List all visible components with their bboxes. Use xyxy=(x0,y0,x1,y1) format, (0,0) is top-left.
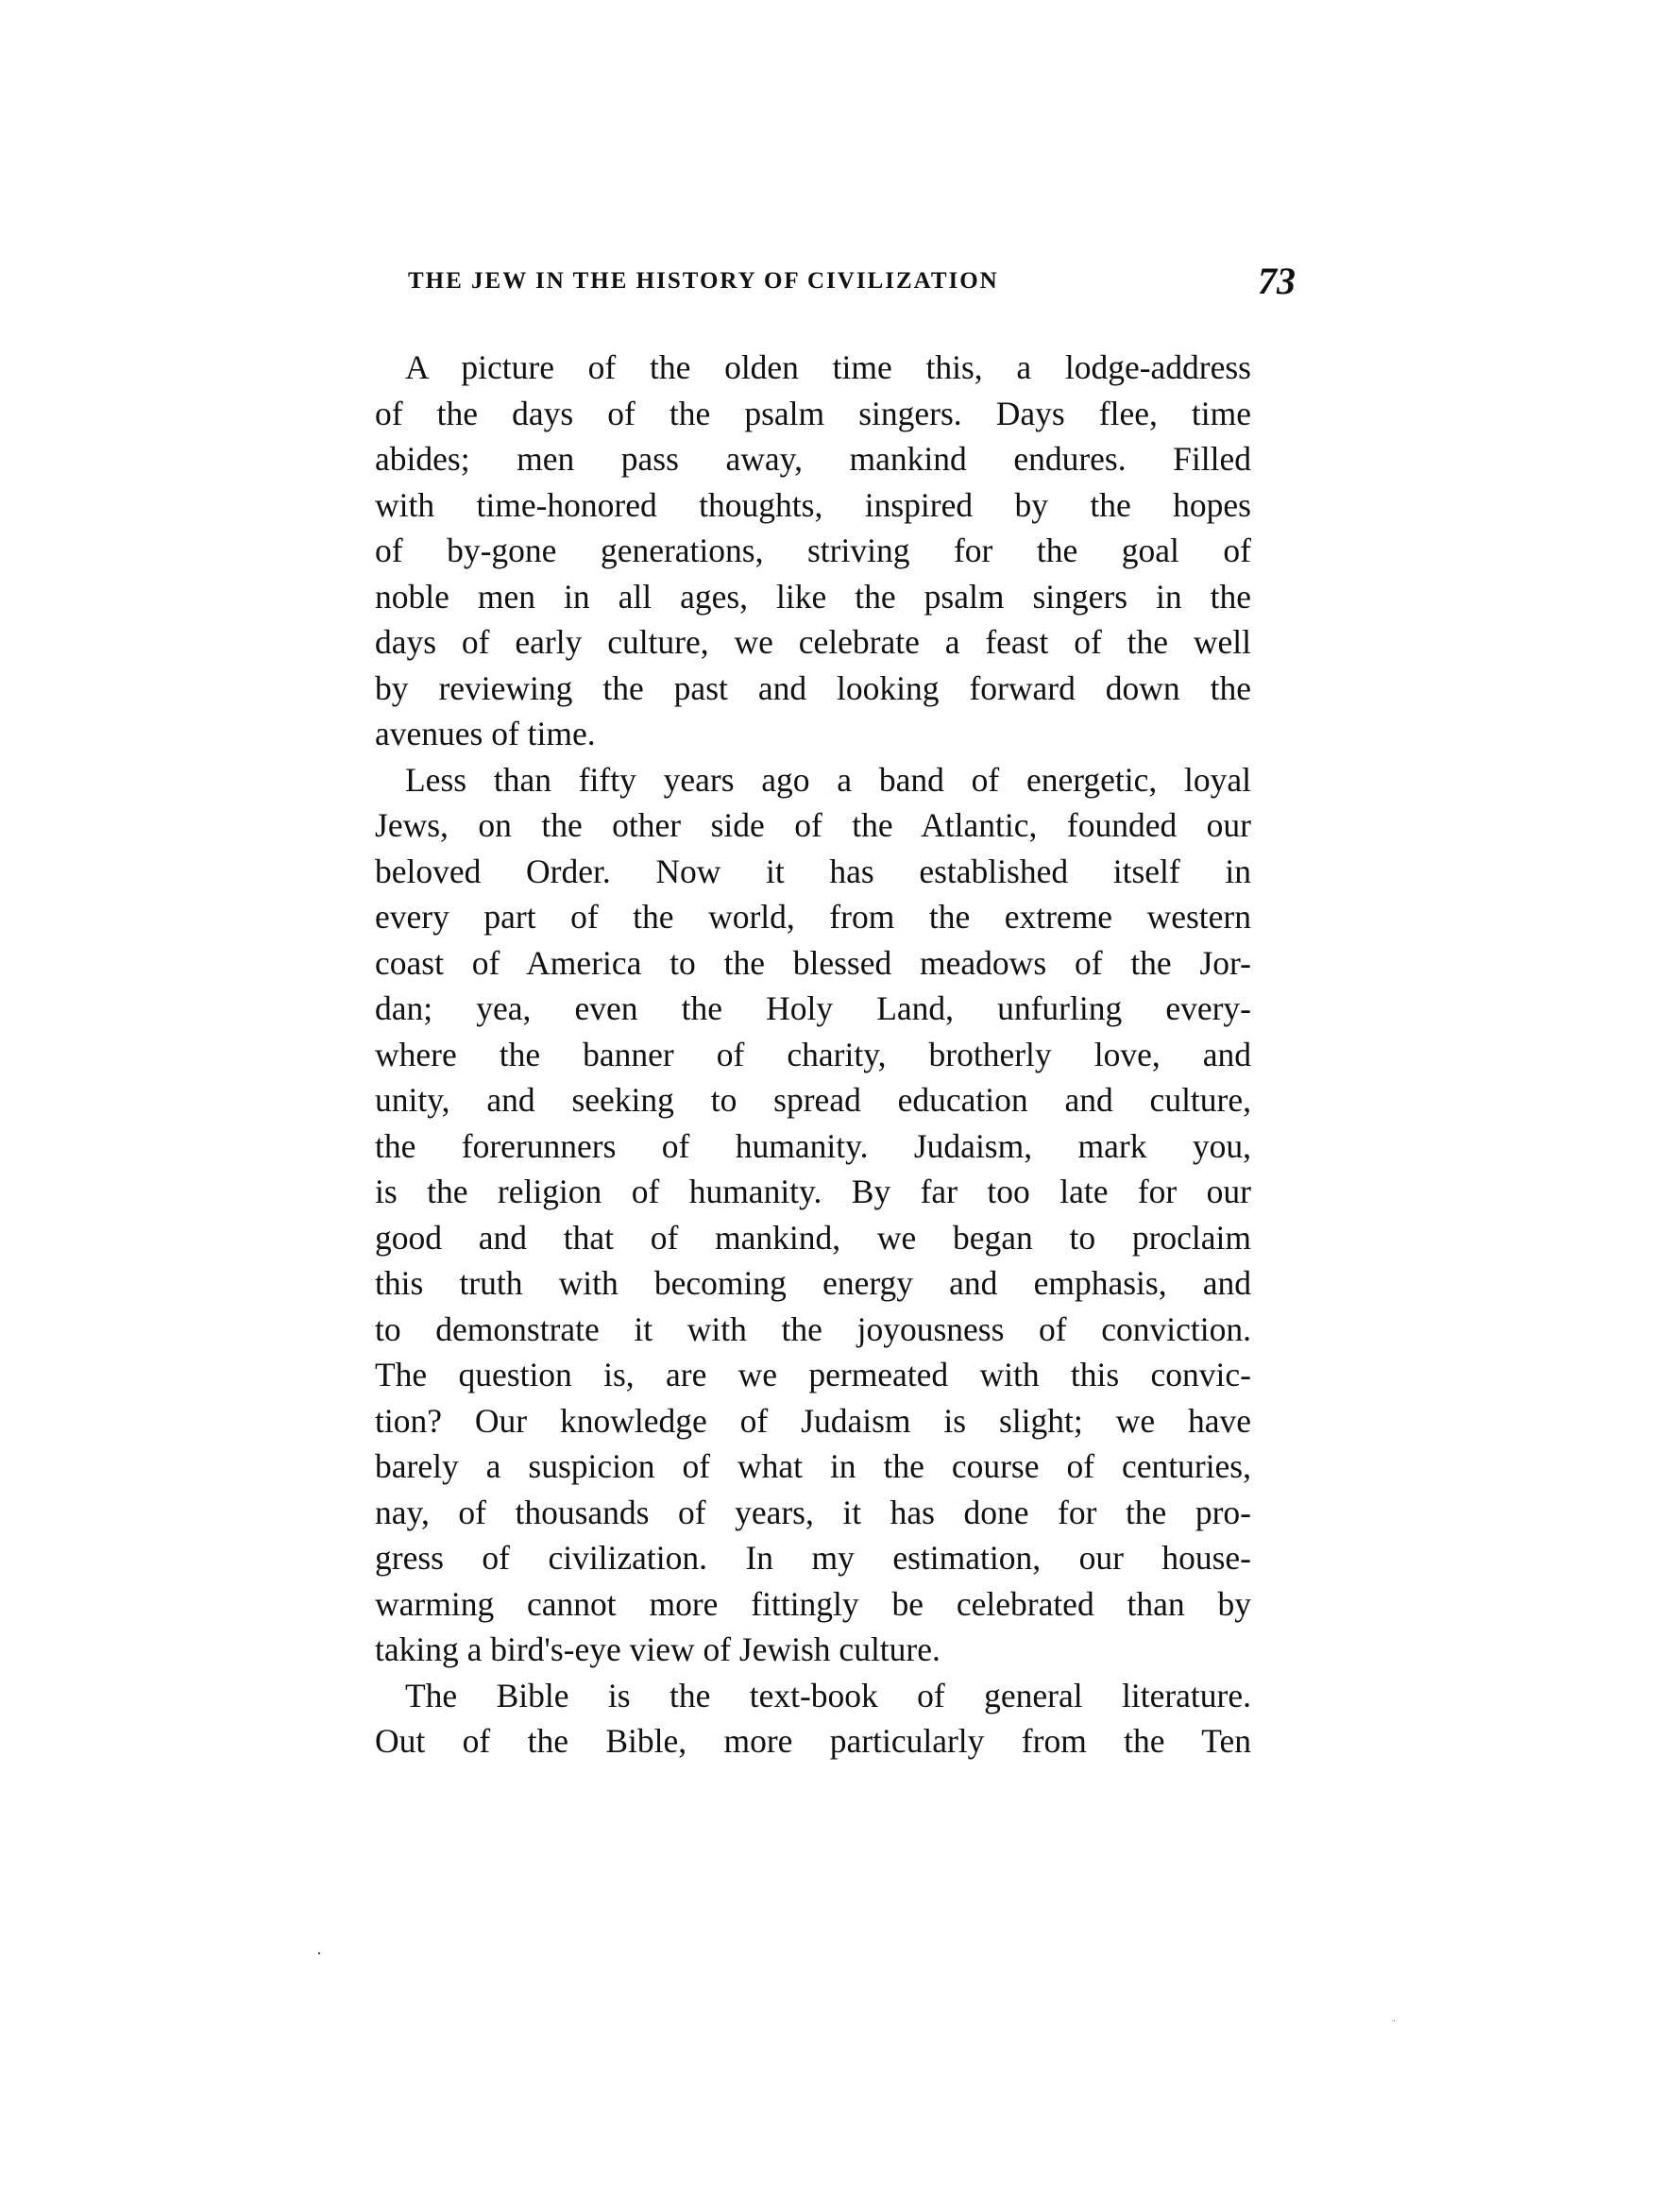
text-line: Out of the Bible, more particularly from… xyxy=(375,1718,1251,1765)
text-line: is the religion of humanity. By far too … xyxy=(375,1169,1251,1215)
book-page: THE JEW IN THE HISTORY OF CIVILIZATION 7… xyxy=(0,0,1661,2212)
text-line: A picture of the olden time this, a lodg… xyxy=(375,345,1251,391)
text-line: coast of America to the blessed meadows … xyxy=(375,940,1251,987)
text-line: of by-gone generations, striving for the… xyxy=(375,528,1251,574)
text-line: barely a suspicion of what in the course… xyxy=(375,1444,1251,1490)
text-line: the forerunners of humanity. Judaism, ma… xyxy=(375,1123,1251,1170)
text-line: warming cannot more fittingly be celebra… xyxy=(375,1581,1251,1628)
text-line: beloved Order. Now it has established it… xyxy=(375,849,1251,895)
page-number: 73 xyxy=(1258,259,1296,303)
text-line: of the days of the psalm singers. Days f… xyxy=(375,391,1251,437)
running-head-title: THE JEW IN THE HISTORY OF CIVILIZATION xyxy=(408,268,999,295)
text-line: taking a bird's-eye view of Jewish cultu… xyxy=(375,1627,1251,1673)
text-line: this truth with becoming energy and emph… xyxy=(375,1260,1251,1307)
text-line: The Bible is the text-book of general li… xyxy=(375,1673,1251,1719)
text-line: days of early culture, we celebrate a fe… xyxy=(375,619,1251,666)
text-line: unity, and seeking to spread education a… xyxy=(375,1077,1251,1123)
text-line: abides; men pass away, mankind endures. … xyxy=(375,436,1251,482)
body-text: A picture of the olden time this, a lodg… xyxy=(375,345,1251,1765)
text-line: where the banner of charity, brotherly l… xyxy=(375,1032,1251,1078)
text-line: Less than fifty years ago a band of ener… xyxy=(375,757,1251,803)
text-line: dan; yea, even the Holy Land, unfurling … xyxy=(375,986,1251,1032)
paragraph-1: A picture of the olden time this, a lodg… xyxy=(375,345,1251,757)
text-line: gress of civilization. In my estimation,… xyxy=(375,1535,1251,1581)
scan-speck xyxy=(318,1952,320,1954)
text-line: good and that of mankind, we began to pr… xyxy=(375,1215,1251,1261)
text-line: avenues of time. xyxy=(375,711,1251,757)
text-line: The question is, are we permeated with t… xyxy=(375,1352,1251,1398)
text-line: every part of the world, from the extrem… xyxy=(375,894,1251,940)
running-head: THE JEW IN THE HISTORY OF CIVILIZATION 7… xyxy=(408,262,1296,310)
text-line: Jews, on the other side of the Atlantic,… xyxy=(375,802,1251,849)
text-line: noble men in all ages, like the psalm si… xyxy=(375,574,1251,620)
text-line: by reviewing the past and looking forwar… xyxy=(375,666,1251,712)
text-line: tion? Our knowledge of Judaism is slight… xyxy=(375,1398,1251,1444)
paragraph-3: The Bible is the text-book of general li… xyxy=(375,1673,1251,1765)
text-line: to demonstrate it with the joyousness of… xyxy=(375,1307,1251,1353)
paragraph-2: Less than fifty years ago a band of ener… xyxy=(375,757,1251,1673)
scan-speck xyxy=(1394,2020,1395,2021)
text-line: with time-honored thoughts, inspired by … xyxy=(375,482,1251,529)
text-line: nay, of thousands of years, it has done … xyxy=(375,1490,1251,1536)
